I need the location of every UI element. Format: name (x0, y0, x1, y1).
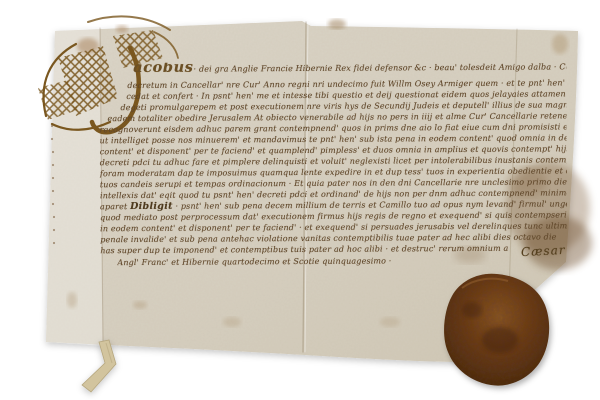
manuscript-line-text: · dei gra Anglie Francie Hibernie Rex fi… (194, 62, 567, 74)
manuscript-line: has super dup te imponend' et contemptib… (100, 244, 508, 256)
manuscript-line-text: · psnt' hen' sub pena decem millium de t… (173, 199, 567, 210)
signature-caesar: Cæsar (521, 243, 566, 259)
manuscript-line-text: aparet (100, 202, 130, 211)
manuscript-line: Angl' Franc' et Hibernie quartodecimo et… (117, 256, 422, 268)
opening-word: acobus (133, 60, 193, 75)
display-word: Dibligit (130, 201, 173, 212)
manuscript-text-block: acobus· dei gra Anglie Francie Hibernie … (0, 0, 600, 400)
photograph-of-charter: acobus· dei gra Anglie Francie Hibernie … (0, 0, 600, 400)
manuscript-line: acobus· dei gra Anglie Francie Hibernie … (133, 60, 566, 75)
